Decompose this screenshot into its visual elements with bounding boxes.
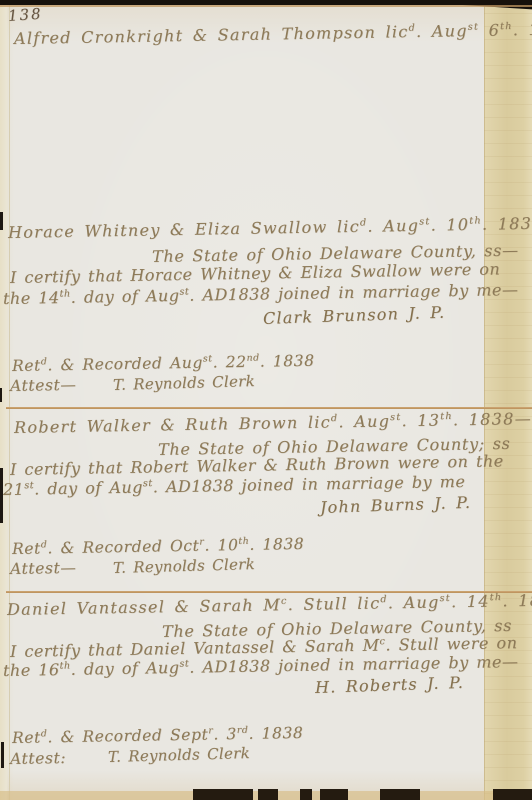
scan-bottom-mark (300, 789, 312, 800)
recorded-line: Retd. & Recorded Augst. 22nd. 1838 (12, 352, 315, 375)
officiant-signature: H. Roberts J. P. (315, 673, 465, 697)
officiant-signature: John Burns J. P. (320, 493, 472, 517)
scanned-register-page: 138 Alfred Cronkright & Sarah Thompson l… (0, 0, 532, 800)
binding-mark (0, 212, 3, 230)
book-fore-edge (484, 0, 532, 800)
top-edge-line (0, 5, 532, 7)
entry-heading: Daniel Vantassel & Sarah Mc. Stull licd.… (7, 590, 532, 619)
officiant-signature: Clark Brunson J. P. (263, 303, 446, 328)
attest-label: Attest— (10, 376, 77, 395)
attest-label: Attest— (10, 559, 77, 578)
clerk-signature: T. Reynolds Clerk (108, 744, 251, 766)
page-number: 138 (7, 5, 43, 25)
clerk-signature: T. Reynolds Clerk (113, 555, 256, 577)
clerk-signature: T. Reynolds Clerk (113, 372, 256, 394)
entry-separator-rule (6, 407, 532, 409)
entry-heading: Alfred Cronkright & Sarah Thompson licd.… (14, 19, 532, 48)
scan-bottom-mark (258, 789, 278, 800)
binding-mark (1, 742, 4, 768)
recorded-line: Retd. & Recorded Octr. 10th. 1838 (12, 535, 305, 558)
entry-heading: Robert Walker & Ruth Brown licd. Augst. … (14, 409, 532, 437)
scan-bottom-mark (193, 789, 253, 800)
entry-heading: Horace Whitney & Eliza Swallow licd. Aug… (8, 213, 532, 242)
attest-label: Attest: (10, 749, 66, 768)
recorded-line: Retd. & Recorded Septr. 3rd. 1838 (12, 724, 304, 747)
scan-bottom-mark (493, 789, 532, 800)
scan-bottom-mark (380, 789, 420, 800)
binding-mark (0, 388, 2, 402)
scan-bottom-mark (320, 789, 348, 800)
